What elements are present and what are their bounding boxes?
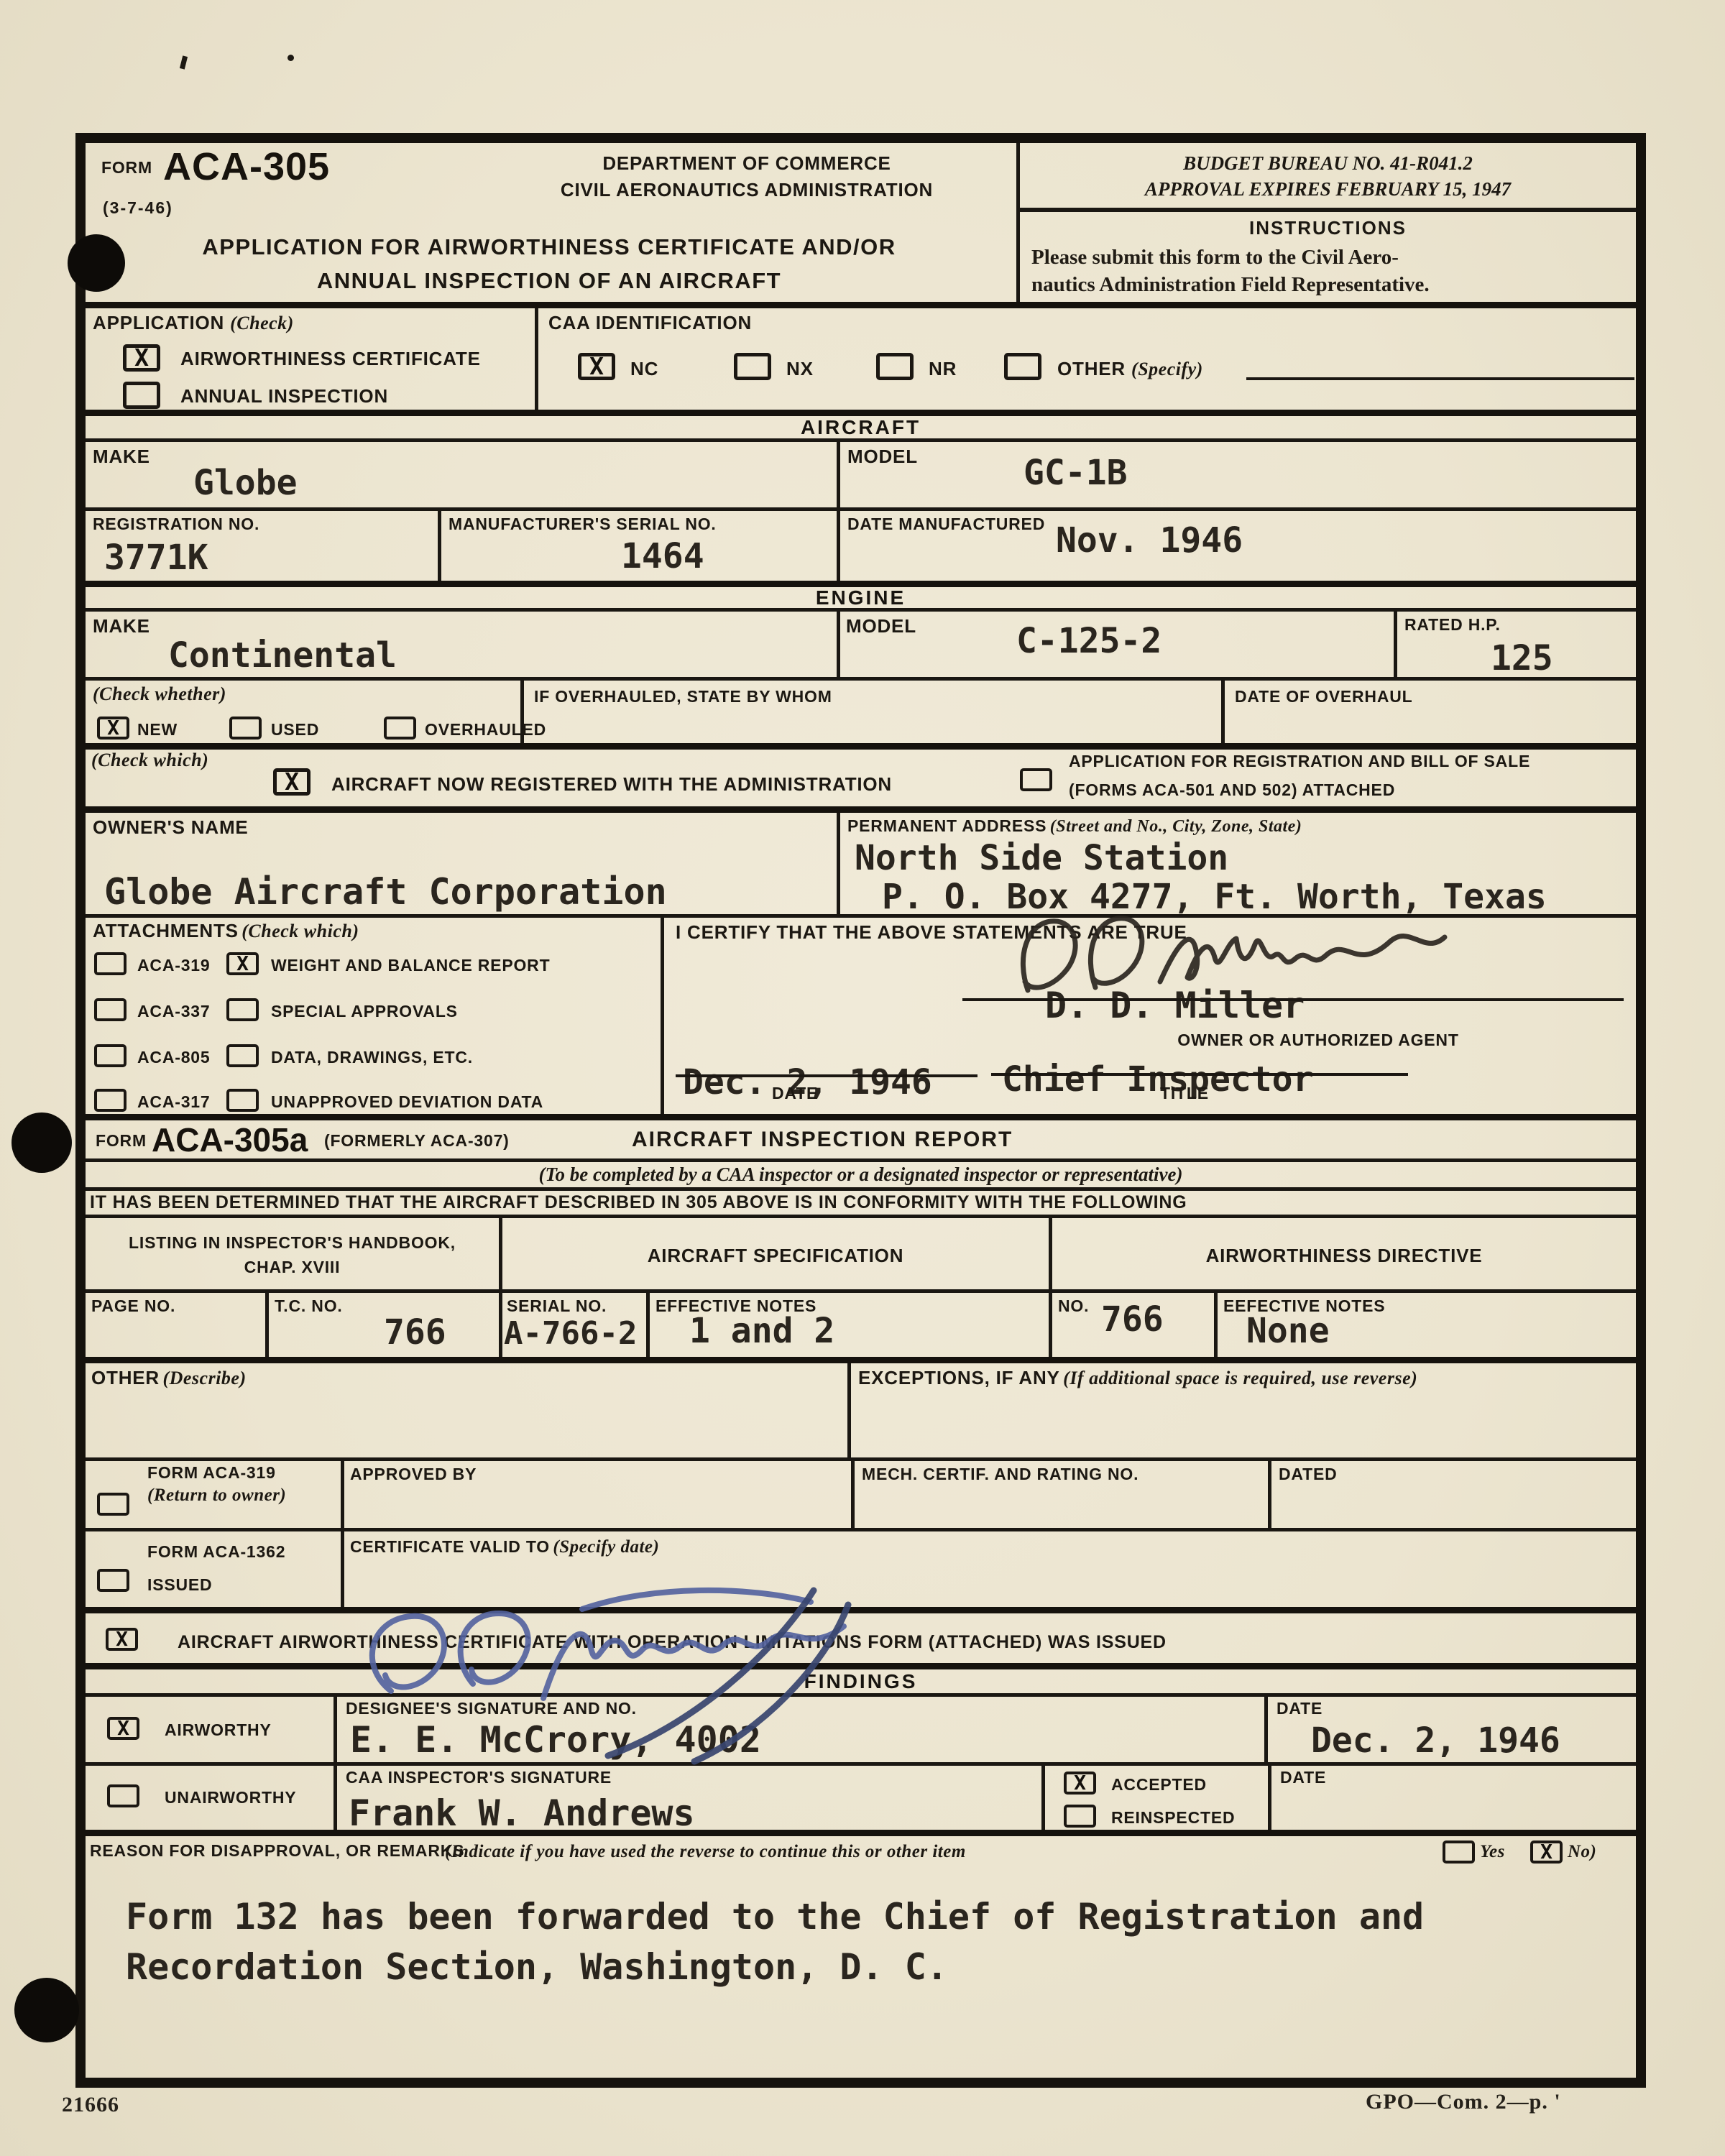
form-aca1362-issued-label: ISSUED [147,1576,212,1595]
certification-title-label: TITLE [1160,1084,1209,1103]
instructions-line1: Please submit this form to the Civil Aer… [1031,244,1636,272]
data-drawings-label: DATA, DRAWINGS, ETC. [271,1049,473,1067]
directive-no-value: 766 [1101,1302,1164,1337]
inspection-report-header: FORM ACA-305a (FORMERLY ACA-307) AIRCRAF… [86,1120,1636,1162]
address-line2: P. O. Box 4277, Ft. Worth, Texas [882,879,1547,915]
conformity-values-row: PAGE NO. T.C. NO. 766 SERIAL NO. A-766-2… [86,1293,1636,1363]
budget-bureau-no: BUDGET BUREAU NO. 41-R041.2 [1020,150,1636,176]
aca-805-label: ACA-805 [137,1049,210,1067]
date-of-overhaul-label: DATE OF OVERHAUL [1235,688,1412,706]
accepted-label: ACCEPTED [1111,1776,1207,1795]
footer-gpo-note: GPO—Com. 2—p. ' [1366,2090,1561,2114]
remarks-no-label: No) [1568,1842,1596,1862]
remarks-no-checkbox: X [1530,1841,1563,1864]
aircraft-section-title: AIRCRAFT [86,418,1636,438]
determination-statement: IT HAS BEEN DETERMINED THAT THE AIRCRAFT… [90,1192,1187,1212]
findings-band: FINDINGS [86,1669,1636,1697]
serial-no-label: MANUFACTURER'S SERIAL NO. [448,515,717,534]
overhauled-by-whom-label: IF OVERHAULED, STATE BY WHOM [534,688,832,706]
special-approvals-checkbox [226,998,259,1021]
bill-of-sale-label-line1: APPLICATION FOR REGISTRATION AND BILL OF… [1069,752,1530,771]
form-aca1362-label: FORM ACA-1362 [147,1543,285,1562]
unairworthy-label: UNAIRWORTHY [165,1789,296,1807]
certification-date-label: DATE [772,1084,818,1103]
caa-inspector-signature-label: CAA INSPECTOR'S SIGNATURE [346,1769,612,1787]
rated-hp-value: 125 [1491,640,1553,676]
form-aca1362-checkbox [97,1569,129,1592]
other-checkbox [1004,353,1041,380]
overhauled-checkbox [384,717,416,740]
unapproved-deviation-checkbox [226,1089,259,1112]
aca-317-label: ACA-317 [137,1093,210,1112]
date-manufactured-label: DATE MANUFACTURED [847,515,1045,534]
directive-no-label: NO. [1058,1297,1089,1316]
certificate-issued-checkbox: X [106,1628,138,1651]
spec-serial-value: A-766-2 [504,1317,637,1350]
form-305a-formerly: (FORMERLY ACA-307) [324,1132,510,1151]
form-305a-form-label: FORM [96,1132,147,1151]
engine-make-value: Continental [168,637,397,673]
findings-inspector-row: UNAIRWORTHY CAA INSPECTOR'S SIGNATURE Fr… [86,1766,1636,1836]
permanent-address-label: PERMANENT ADDRESS (Street and No., City,… [847,817,1302,837]
col-aircraft-specification: AIRCRAFT SPECIFICATION [648,1245,904,1266]
inspection-report-subtitle: (To be completed by a CAA inspector or a… [539,1164,1183,1185]
aca1362-row: FORM ACA-1362 ISSUED CERTIFICATE VALID T… [86,1531,1636,1613]
caa-inspector-typed-value: Frank W. Andrews [349,1795,695,1833]
remarks-label-row: REASON FOR DISAPPROVAL, OR REMARKS (Indi… [86,1836,1636,1872]
owner-name-label: OWNER'S NAME [93,817,249,838]
engine-make-model-row: MAKE Continental MODEL C-125-2 RATED H.P… [86,612,1636,681]
attachments-label: ATTACHMENTS (Check which) [93,921,359,941]
special-approvals-label: SPECIAL APPROVALS [271,1003,458,1021]
remarks-label-italic: (Indicate if you have used the reverse t… [445,1842,966,1862]
engine-model-value: C-125-2 [1016,623,1161,659]
check-which-label: (Check which) [91,750,208,770]
col-airworthiness-directive: AIRWORTHINESS DIRECTIVE [1206,1245,1483,1266]
title-line [991,1073,1408,1076]
aircraft-make-value: Globe [193,465,298,501]
nx-checkbox [734,353,771,380]
page-no-label: PAGE NO. [91,1297,175,1316]
stray-mark [180,55,188,69]
directive-notes-value: None [1246,1313,1330,1349]
reinspected-label: REINSPECTED [1111,1809,1235,1828]
nx-label: NX [786,359,814,379]
certificate-issued-row: X AIRCRAFT AIRWORTHINESS CERTIFICATE WIT… [86,1613,1636,1669]
aircraft-model-value: GC-1B [1023,455,1128,491]
aircraft-make-model-row: MAKE Globe MODEL GC-1B [86,442,1636,511]
exceptions-label: EXCEPTIONS, IF ANY [858,1367,1060,1388]
owner-agent-label: OWNER OR AUTHORIZED AGENT [1067,1031,1570,1050]
registration-status-row: (Check which) X AIRCRAFT NOW REGISTERED … [86,750,1636,813]
new-label: NEW [137,721,178,740]
certification-title-value: Chief Inspector [1002,1061,1313,1097]
engine-section-band: ENGINE [86,587,1636,612]
accepted-checkbox: X [1064,1772,1096,1795]
form-aca319-label: FORM ACA-319 [147,1464,276,1483]
approved-by-label: APPROVED BY [350,1465,477,1484]
airworthy-label: AIRWORTHY [165,1721,272,1740]
col-listing-line2: CHAP. XVIII [86,1258,499,1277]
remarks-yes-label: Yes [1480,1842,1505,1862]
findings-airworthy-row: X AIRWORTHY DESIGNEE'S SIGNATURE AND NO.… [86,1697,1636,1766]
aircraft-model-label: MODEL [847,446,918,467]
application-label: APPLICATION (Check) [93,313,294,333]
determination-row: IT HAS BEEN DETERMINED THAT THE AIRCRAFT… [86,1191,1636,1218]
bill-of-sale-label-line2: (FORMS ACA-501 AND 502) ATTACHED [1069,781,1395,800]
airworthy-checkbox: X [107,1717,139,1740]
annual-inspection-checkbox [123,382,160,409]
engine-make-label: MAKE [93,616,150,637]
unapproved-deviation-label: UNAPPROVED DEVIATION DATA [271,1093,543,1112]
aircraft-registration-row: REGISTRATION NO. 3771K MANUFACTURER'S SE… [86,511,1636,587]
certify-statement: I CERTIFY THAT THE ABOVE STATEMENTS ARE … [676,922,1187,943]
unairworthy-checkbox [107,1784,139,1807]
engine-model-label: MODEL [846,616,916,637]
aircraft-make-label: MAKE [93,446,150,467]
aca-805-checkbox [94,1044,126,1067]
inspection-report-subtitle-row: (To be completed by a CAA inspector or a… [86,1162,1636,1191]
form-number: ACA-305 [163,144,330,189]
registration-no-value: 3771K [104,540,208,576]
form-title-line1: APPLICATION FOR AIRWORTHINESS CERTIFICAT… [86,235,1013,260]
aca-337-checkbox [94,998,126,1021]
form-305a-number: ACA-305a [152,1120,308,1159]
other-exceptions-row: OTHER (Describe) EXCEPTIONS, IF ANY (If … [86,1363,1636,1461]
effective-notes-value: 1 and 2 [689,1313,834,1349]
exceptions-label-italic: (If additional space is required, use re… [1063,1368,1417,1388]
stray-mark [287,55,294,61]
application-caa-row: APPLICATION (Check) X AIRWORTHINESS CERT… [86,308,1636,416]
engine-section-title: ENGINE [86,588,1636,608]
serial-no-value: 1464 [621,538,704,574]
owner-name-value: Globe Aircraft Corporation [104,873,667,911]
certificate-issued-label: AIRCRAFT AIRWORTHINESS CERTIFICATE WITH … [178,1632,1167,1652]
date-line [676,1074,977,1077]
designee-signature-label: DESIGNEE'S SIGNATURE AND NO. [346,1700,637,1718]
inspector-date-label: DATE [1280,1769,1326,1787]
aca-317-checkbox [94,1089,126,1112]
weight-balance-label: WEIGHT AND BALANCE REPORT [271,957,550,975]
form-aca319-checkbox [97,1493,129,1516]
nr-label: NR [929,359,957,379]
form-revision: (3-7-46) [103,199,173,218]
remarks-body-area: Form 132 has been forwarded to the Chief… [86,1872,1636,2078]
attachments-certification-row: ATTACHMENTS (Check which) ACA-319 X WEIG… [86,918,1636,1120]
certifier-typed-name: D. D. Miller [1045,987,1305,1025]
nr-checkbox [876,353,914,380]
other-label: OTHER (Specify) [1057,359,1203,379]
remarks-yes-checkbox [1443,1841,1475,1864]
remarks-label-plain: REASON FOR DISAPPROVAL, OR REMARKS [90,1842,464,1861]
aca-337-label: ACA-337 [137,1003,210,1021]
owner-signature-line [962,998,1624,1001]
owner-row: OWNER'S NAME Globe Aircraft Corporation … [86,813,1636,918]
designee-typed-value: E. E. McCrory, 4002 [350,1721,761,1759]
department-name: DEPARTMENT OF COMMERCE [488,153,1006,174]
registered-label: AIRCRAFT NOW REGISTERED WITH THE ADMINIS… [331,774,892,795]
findings-title: FINDINGS [86,1672,1636,1692]
other-describe-label: OTHER (Describe) [91,1368,247,1388]
instructions-line2: nautics Administration Field Representat… [1031,272,1636,299]
designee-date-value: Dec. 2, 1946 [1311,1723,1560,1759]
inspection-report-title: AIRCRAFT INSPECTION REPORT [632,1128,1013,1152]
designee-date-label: DATE [1276,1700,1322,1718]
aca-319-label: ACA-319 [137,957,210,975]
form-aca-305: FORM ACA-305 (3-7-46) DEPARTMENT OF COMM… [75,133,1646,2088]
reinspected-checkbox [1064,1805,1096,1828]
remarks-body-line1: Form 132 has been forwarded to the Chief… [126,1898,1424,1936]
aca319-return-row: FORM ACA-319 (Return to owner) APPROVED … [86,1461,1636,1531]
caa-identification-label: CAA IDENTIFICATION [548,313,752,333]
other-specify-line [1246,377,1634,380]
tc-no-value: 766 [384,1314,446,1350]
administration-name: CIVIL AERONAUTICS ADMINISTRATION [488,180,1006,201]
form-number-label: FORM [101,159,152,178]
form-title-line2: ANNUAL INSPECTION OF AN AIRCRAFT [86,269,1013,294]
airworthiness-certificate-label: AIRWORTHINESS CERTIFICATE [180,349,481,369]
address-line1: North Side Station [855,840,1228,876]
rated-hp-label: RATED H.P. [1404,616,1501,635]
spec-serial-label: SERIAL NO. [507,1297,607,1316]
approval-expires: APPROVAL EXPIRES FEBRUARY 15, 1947 [1020,176,1636,202]
registered-checkbox: X [273,768,310,796]
bill-of-sale-checkbox [1020,768,1052,791]
mech-certif-label: MECH. CERTIF. AND RATING NO. [862,1465,1138,1484]
nc-checkbox: X [578,353,615,380]
annual-inspection-label: ANNUAL INSPECTION [180,386,388,407]
punch-hole-top [68,234,125,292]
conformity-table-header: LISTING IN INSPECTOR'S HANDBOOK, CHAP. X… [86,1218,1636,1293]
check-whether-label: (Check whether) [93,683,226,704]
certificate-valid-to-label: CERTIFICATE VALID TO (Specify date) [350,1537,659,1557]
engine-condition-row: (Check whether) X NEW USED OVERHAULED IF… [86,681,1636,750]
aca-319-checkbox [94,952,126,975]
tc-no-label: T.C. NO. [275,1297,343,1316]
col-listing-line1: LISTING IN INSPECTOR'S HANDBOOK, [86,1234,499,1253]
used-label: USED [271,721,319,740]
form-aca319-return-label: (Return to owner) [147,1485,320,1506]
form-header: FORM ACA-305 (3-7-46) DEPARTMENT OF COMM… [86,143,1636,308]
scanned-form-page: FORM ACA-305 (3-7-46) DEPARTMENT OF COMM… [0,0,1725,2156]
dated-label: DATED [1279,1465,1338,1484]
used-checkbox [229,717,262,740]
airworthiness-certificate-checkbox: X [123,344,160,372]
remarks-body-line2: Recordation Section, Washington, D. C. [126,1948,948,1986]
punch-hole-middle [11,1112,72,1173]
punch-hole-bottom [14,1978,79,2042]
instructions-title: INSTRUCTIONS [1020,218,1636,239]
data-drawings-checkbox [226,1044,259,1067]
nc-label: NC [630,359,658,379]
weight-balance-checkbox: X [226,952,259,975]
new-checkbox: X [97,717,129,740]
date-manufactured-value: Nov. 1946 [1056,522,1243,558]
footer-serial-number: 21666 [62,2093,119,2117]
aircraft-section-band: AIRCRAFT [86,416,1636,442]
registration-no-label: REGISTRATION NO. [93,515,259,534]
